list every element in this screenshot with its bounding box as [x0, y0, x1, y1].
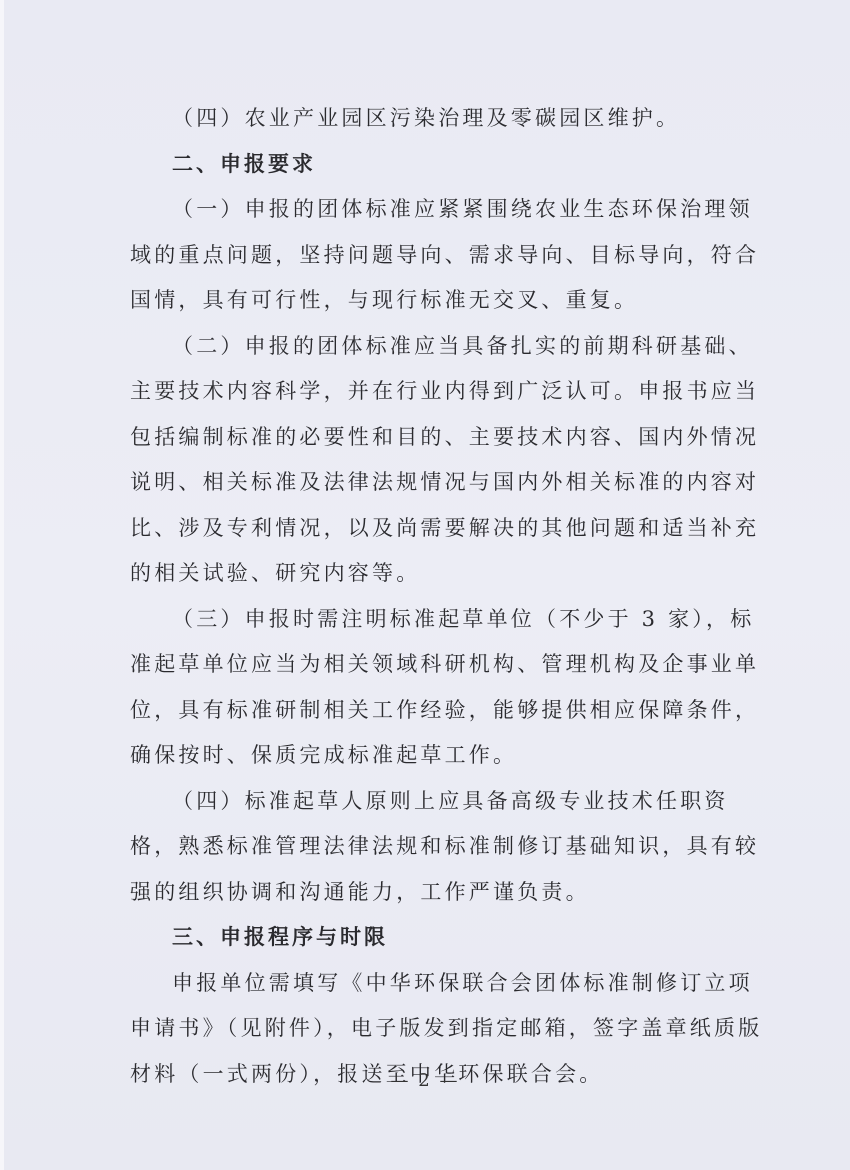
section-heading-procedure: 三、申报程序与时限	[130, 915, 714, 961]
text-line: （一）申报的团体标准应紧紧围绕农业生态环保治理领	[130, 187, 714, 233]
text-line: 位，具有标准研制相关工作经验，能够提供相应保障条件，	[130, 688, 714, 734]
text-line: （二）申报的团体标准应当具备扎实的前期科研基础、	[130, 324, 714, 370]
document-body: （四）农业产业园区污染治理及零碳园区维护。 二、申报要求 （一）申报的团体标准应…	[130, 96, 714, 1097]
paragraph-item-4-agri-parks: （四）农业产业园区污染治理及零碳园区维护。	[130, 96, 714, 142]
text-line: 域的重点问题，坚持问题导向、需求导向、目标导向，符合	[130, 233, 714, 279]
text-line: 申报单位需填写《中华环保联合会团体标准制修订立项	[130, 961, 714, 1007]
text-line: （四）标准起草人原则上应具备高级专业技术任职资	[130, 779, 714, 825]
section-heading-requirements: 二、申报要求	[130, 142, 714, 188]
text-line: （四）农业产业园区污染治理及零碳园区维护。	[130, 96, 714, 142]
text-line: 的相关试验、研究内容等。	[130, 551, 714, 597]
paragraph-requirement-1: （一）申报的团体标准应紧紧围绕农业生态环保治理领 域的重点问题，坚持问题导向、需…	[130, 187, 714, 324]
paragraph-requirement-2: （二）申报的团体标准应当具备扎实的前期科研基础、 主要技术内容科学，并在行业内得…	[130, 324, 714, 597]
text-line: 国情，具有可行性，与现行标准无交叉、重复。	[130, 278, 714, 324]
paragraph-requirement-3: （三）申报时需注明标准起草单位（不少于 3 家），标 准起草单位应当为相关领域科…	[130, 597, 714, 779]
page-edge	[0, 0, 4, 1170]
text-line: 申请书》（见附件），电子版发到指定邮箱，签字盖章纸质版	[130, 1006, 714, 1052]
text-line: 主要技术内容科学，并在行业内得到广泛认可。申报书应当	[130, 369, 714, 415]
text-line: 确保按时、保质完成标准起草工作。	[130, 733, 714, 779]
text-line: 比、涉及专利情况，以及尚需要解决的其他问题和适当补充	[130, 506, 714, 552]
text-line: 强的组织协调和沟通能力，工作严谨负责。	[130, 870, 714, 916]
text-line: 准起草单位应当为相关领域科研机构、管理机构及企事业单	[130, 642, 714, 688]
text-line: 格，熟悉标准管理法律法规和标准制修订基础知识，具有较	[130, 824, 714, 870]
paragraph-requirement-4: （四）标准起草人原则上应具备高级专业技术任职资 格，熟悉标准管理法律法规和标准制…	[130, 779, 714, 916]
scanned-page: （四）农业产业园区污染治理及零碳园区维护。 二、申报要求 （一）申报的团体标准应…	[0, 0, 850, 1170]
text-line: 说明、相关标准及法律法规情况与国内外相关标准的内容对	[130, 460, 714, 506]
page-number: — 2 —	[0, 1070, 850, 1091]
text-line: （三）申报时需注明标准起草单位（不少于 3 家），标	[130, 597, 714, 643]
text-line: 包括编制标准的必要性和目的、主要技术内容、国内外情况	[130, 415, 714, 461]
